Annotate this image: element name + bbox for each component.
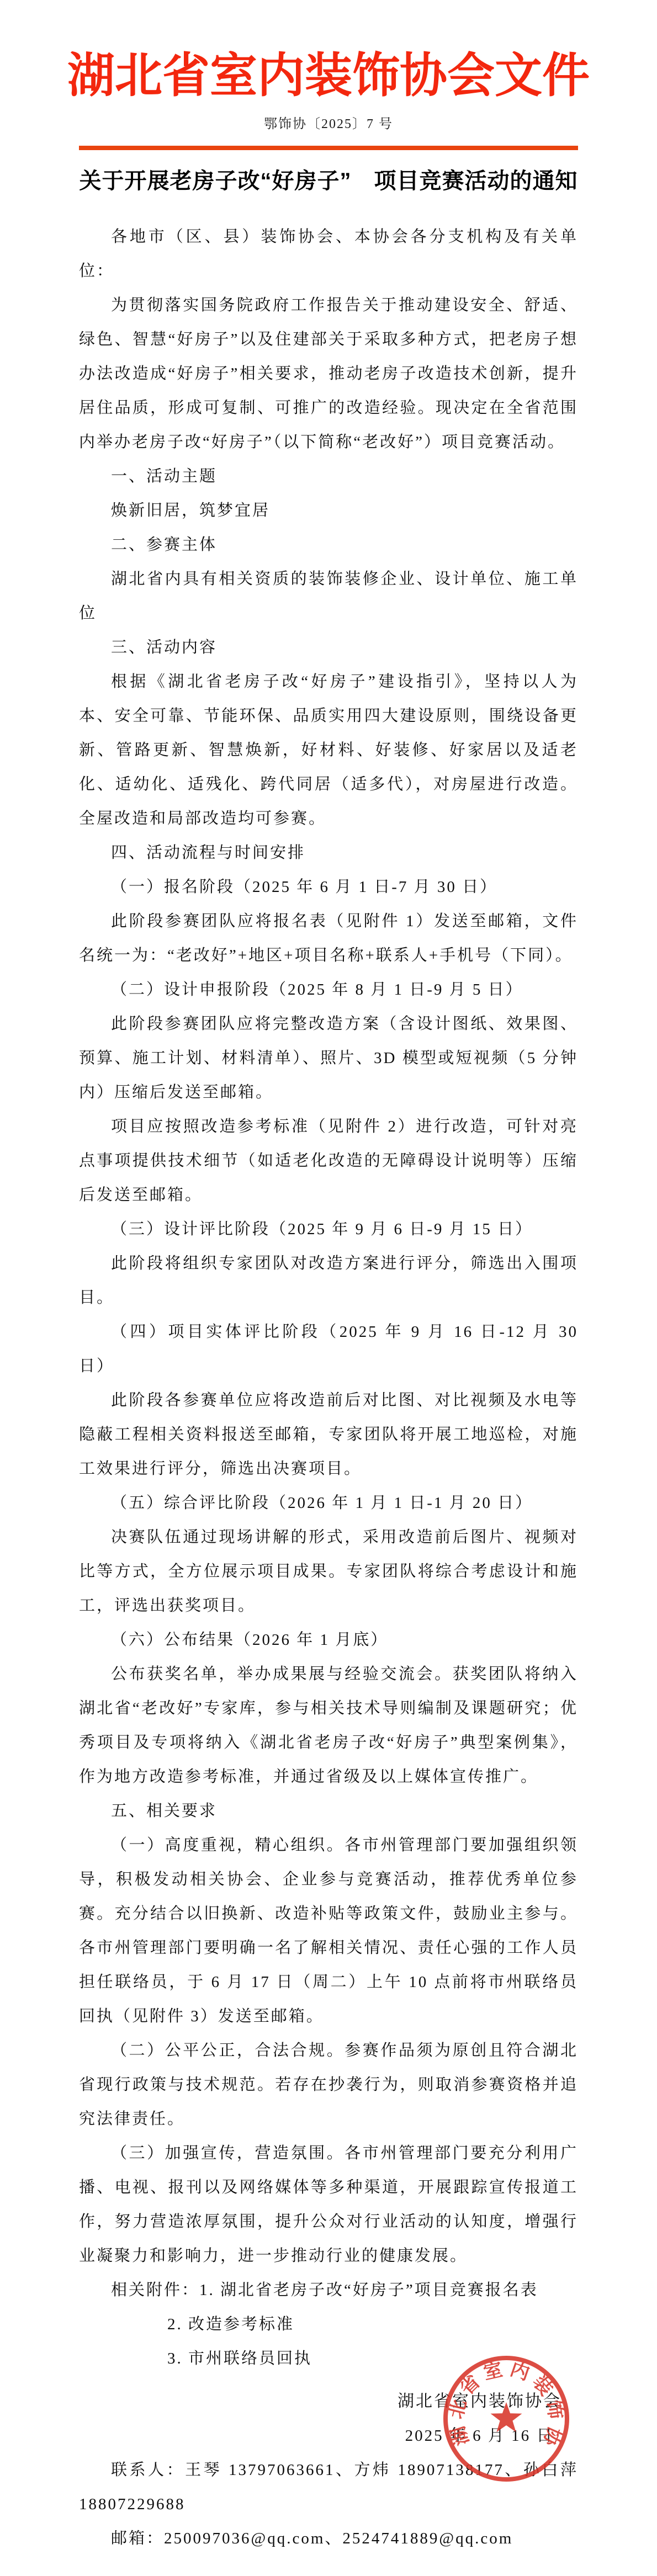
body-paragraph: 湖北省内具有相关资质的装饰装修企业、设计单位、施工单位 [79,562,578,630]
body-paragraph: 项目应按照改造参考标准（见附件 2）进行改造，可针对亮点事项提供技术细节（如适老… [79,1109,578,1212]
contact-persons: 联系人：王琴 13797063661、方炜 18907138177、孙白萍 18… [79,2453,578,2521]
body-paragraph: 此阶段各参赛单位应将改造前后对比图、对比视频及水电等隐蔽工程相关资料报送至邮箱，… [79,1383,578,1486]
body-paragraph: （三）加强宣传，营造氛围。各市州管理部门要充分利用广播、电视、报刊以及网络媒体等… [79,2136,578,2273]
body-paragraph: 根据《湖北省老房子改“好房子”建设指引》，坚持以人为本、安全可靠、节能环保、品质… [79,665,578,836]
section-heading: 一、活动主题 [79,459,578,493]
body-paragraph: 焕新旧居，筑梦宜居 [79,493,578,528]
signature-block: 湖北省室内装饰协会 2025 年 6 月 16 日 [398,2384,578,2453]
body-paragraph: （二）公平公正，合法合规。参赛作品须为原创且符合湖北省现行政策与技术规范。若存在… [79,2033,578,2136]
section-heading: 三、活动内容 [79,630,578,665]
body-paragraph: 公布获奖名单，举办成果展与经验交流会。获奖团队将纳入湖北省“老改好”专家库，参与… [79,1657,578,1794]
body-paragraph: 为贯彻落实国务院政府工作报告关于推动建设安全、舒适、绿色、智慧“好房子”以及住建… [79,288,578,459]
red-letterhead-title: 湖北省室内装饰协会文件 [0,0,657,103]
body-paragraph: 各地市（区、县）装饰协会、本协会各分支机构及有关单位： [79,220,578,288]
body-paragraph: 此阶段将组织专家团队对改造方案进行评分，筛选出入围项目。 [79,1246,578,1315]
stage-heading: （二）设计申报阶段（2025 年 8 月 1 日-9 月 5 日） [79,973,578,1007]
signing-organization: 湖北省室内装饰协会 [398,2384,561,2419]
attachment-item: 3. 市州联络员回执 [79,2341,578,2376]
contact-section: 联系人：王琴 13797063661、方炜 18907138177、孙白萍 18… [79,2453,578,2556]
section-heading: 五、相关要求 [79,1794,578,1828]
stage-heading: （一）报名阶段（2025 年 6 月 1 日-7 月 30 日） [79,870,578,904]
body-paragraph: 决赛队伍通过现场讲解的形式，采用改造前后图片、视频对比等方式，全方位展示项目成果… [79,1520,578,1623]
signing-date: 2025 年 6 月 16 日 [398,2419,561,2453]
body-paragraph: 此阶段参赛团队应将完整改造方案（含设计图纸、效果图、预算、施工计划、材料清单）、… [79,1007,578,1109]
stage-heading: （五）综合评比阶段（2026 年 1 月 1 日-1 月 20 日） [79,1486,578,1520]
document-body: 各地市（区、县）装饰协会、本协会各分支机构及有关单位：为贯彻落实国务院政府工作报… [79,220,578,2376]
red-divider-line [79,146,578,150]
attachment-item: 相关附件：1. 湖北省老房子改“好房子”项目竞赛报名表 [79,2273,578,2307]
document-title: 关于开展老房子改“好房子” 项目竞赛活动的通知 [0,168,657,194]
section-heading: 四、活动流程与时间安排 [79,836,578,870]
attachment-item: 2. 改造参考标准 [79,2307,578,2341]
body-paragraph: （一）高度重视，精心组织。各市州管理部门要加强组织领导，积极发动相关协会、企业参… [79,1828,578,2033]
body-paragraph: 此阶段参赛团队应将报名表（见附件 1）发送至邮箱，文件名统一为：“老改好”+地区… [79,904,578,973]
document-page: 湖北省室内装饰协会文件 鄂饰协〔2025〕7 号 关于开展老房子改“好房子” 项… [0,0,657,2576]
section-heading: 二、参赛主体 [79,528,578,562]
stage-heading: （六）公布结果（2026 年 1 月底） [79,1623,578,1657]
contact-email: 邮箱：250097036@qq.com、2524741889@qq.com [79,2521,578,2556]
stage-heading: （三）设计评比阶段（2025 年 9 月 6 日-9 月 15 日） [79,1212,578,1246]
stage-heading: （四）项目实体评比阶段（2025 年 9 月 16 日-12 月 30 日） [79,1315,578,1383]
document-number: 鄂饰协〔2025〕7 号 [0,116,657,132]
signature-area: 湖北省室内装饰协会 湖北省室内装饰协会 2025 年 6 月 16 日 [79,2384,578,2453]
